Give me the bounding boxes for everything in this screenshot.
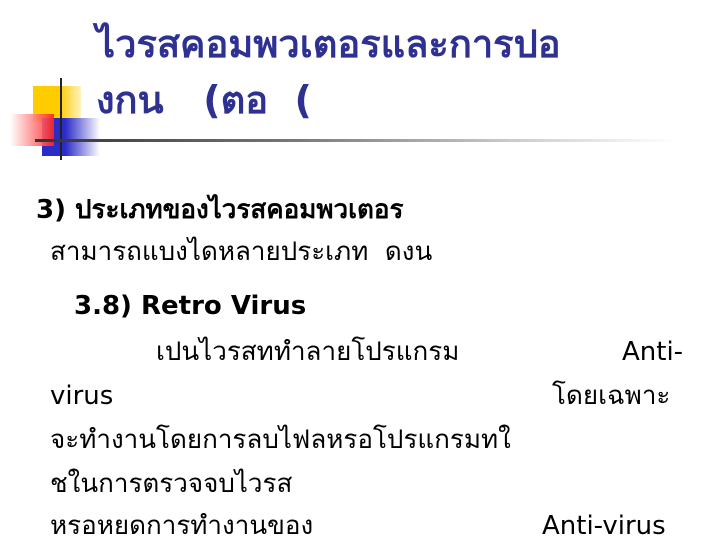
paragraph-line-4: ชในการตรวจจบไวรส xyxy=(50,464,292,504)
slide-title: ไวรสคอมพวเตอรและการปอ งกน (ตอ ( xyxy=(96,16,696,128)
paragraph-line-5-left: หรอหยดการทำงานของ xyxy=(50,506,313,540)
paragraph-line-1-right: Anti- xyxy=(622,332,683,372)
subheading-retro-virus: 3.8) Retro Virus xyxy=(74,286,306,326)
slide-title-line-1: ไวรสคอมพวเตอรและการปอ xyxy=(96,16,696,72)
slide-title-line-2: งกน (ตอ ( xyxy=(96,72,696,128)
intro-text: สามารถแบงไดหลายประเภท ดงน xyxy=(50,232,432,272)
paragraph-line-3: จะทำงานโดยการลบไฟลหรอโปรแกรมทใ xyxy=(50,420,511,460)
slide-decoration xyxy=(0,0,110,170)
paragraph-line-5-right: Anti-virus xyxy=(542,506,666,540)
vertical-rule-decoration xyxy=(60,78,62,160)
paragraph-line-2-left: virus xyxy=(50,376,113,416)
paragraph-line-1-left: เปนไวรสททำลายโปรแกรม xyxy=(156,332,459,372)
paragraph-line-2-right: โดยเฉพาะ xyxy=(552,376,670,416)
title-underline xyxy=(35,139,675,142)
section-heading: 3) ประเภทของไวรสคอมพวเตอร xyxy=(36,190,403,230)
